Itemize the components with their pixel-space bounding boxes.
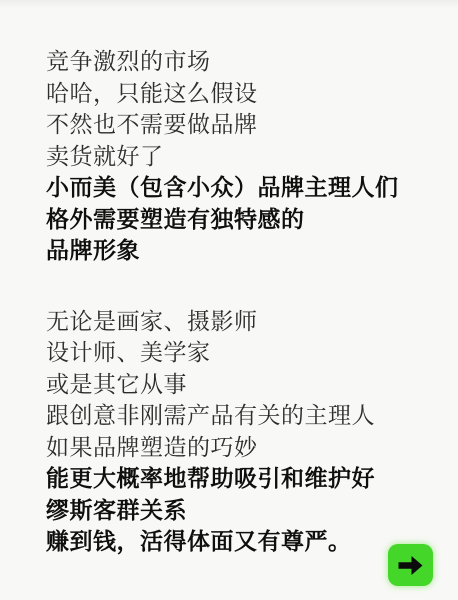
text-line: 哈哈，只能这么假设 — [46, 78, 438, 110]
slide-page: 竞争激烈的市场 哈哈，只能这么假设 不然也不需要做品牌 卖货就好了 小而美（包含… — [0, 0, 458, 600]
text-block: 竞争激烈的市场 哈哈，只能这么假设 不然也不需要做品牌 卖货就好了 小而美（包含… — [46, 46, 438, 558]
next-button[interactable] — [388, 544, 433, 586]
text-line: 不然也不需要做品牌 — [46, 109, 438, 141]
text-line: 如果品牌塑造的巧妙 — [46, 432, 438, 464]
text-line: 竞争激烈的市场 — [46, 46, 438, 78]
text-line: 缪斯客群关系 — [46, 495, 438, 527]
text-line: 格外需要塑造有独特感的 — [46, 204, 438, 236]
text-line: 赚到钱，活得体面又有尊严。 — [46, 526, 438, 558]
text-line: 设计师、美学家 — [46, 337, 438, 369]
text-line: 跟创意非刚需产品有关的主理人 — [46, 400, 438, 432]
text-line: 能更大概率地帮助吸引和维护好 — [46, 463, 438, 495]
text-line: 小而美（包含小众）品牌主理人们 — [46, 172, 438, 204]
text-line: 或是其它从事 — [46, 369, 438, 401]
text-line: 品牌形象 — [46, 235, 438, 267]
arrow-right-icon — [397, 554, 424, 577]
text-line: 卖货就好了 — [46, 141, 438, 173]
text-line: 无论是画家、摄影师 — [46, 306, 438, 338]
paragraph-gap — [46, 267, 438, 306]
